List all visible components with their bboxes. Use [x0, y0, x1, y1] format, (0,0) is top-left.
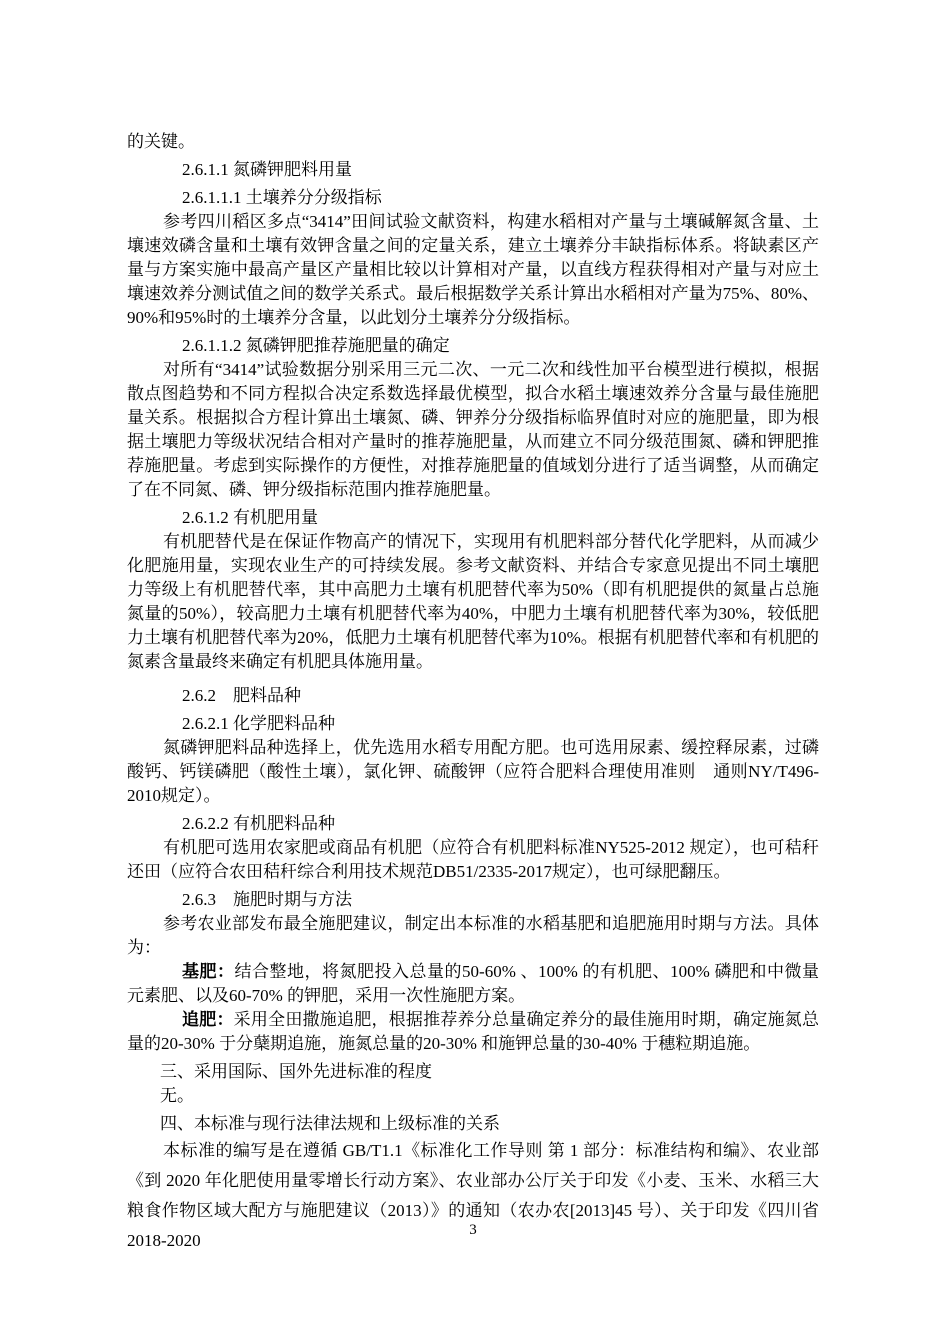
heading-2-6-2-1: 2.6.2.1 化学肥料品种	[127, 712, 819, 736]
heading-section-3-international-standards: 三、采用国际、国外先进标准的程度	[127, 1060, 819, 1084]
page-footer: 3	[127, 1218, 819, 1242]
topdressing-label: 追肥：	[182, 1010, 234, 1029]
para-timing-intro: 参考农业部发布最全施肥建议，制定出本标准的水稻基肥和追肥施用时期与方法。具体为：	[127, 912, 819, 960]
heading-2-6-1-1-2: 2.6.1.1.2 氮磷钾肥推荐施肥量的确定	[127, 334, 819, 358]
page-body: 的关键。 2.6.1.1 氮磷钾肥料用量 2.6.1.1.1 土壤养分分级指标 …	[127, 130, 819, 1256]
continuation-line: 的关键。	[127, 130, 819, 154]
para-chemical-fertilizer-types: 氮磷钾肥料品种选择上，优先选用水稻专用配方肥。也可选用尿素、缓控释尿素，过磷酸钙…	[127, 736, 819, 808]
para-base-fertilizer: 基肥：结合整地，将氮肥投入总量的50-60% 、100% 的有机肥、100% 磷…	[127, 960, 819, 1008]
heading-2-6-1-1: 2.6.1.1 氮磷钾肥料用量	[127, 158, 819, 182]
base-fertilizer-label: 基肥：	[182, 962, 235, 981]
para-soil-nutrient-grading: 参考四川稻区多点“3414”田间试验文献资料，构建水稻相对产量与土壤碱解氮含量、…	[127, 210, 819, 330]
heading-section-4-legal-relationship: 四、本标准与现行法律法规和上级标准的关系	[127, 1112, 819, 1136]
para-topdressing: 追肥：采用全田撒施追肥，根据推荐养分总量确定养分的最佳施用时期，确定施氮总量的2…	[127, 1008, 819, 1056]
para-none: 无。	[127, 1084, 819, 1108]
heading-2-6-2-2: 2.6.2.2 有机肥料品种	[127, 812, 819, 836]
para-organic-fertilizer-types: 有机肥可选用农家肥或商品有机肥（应符合有机肥料标准NY525-2012 规定），…	[127, 836, 819, 884]
heading-2-6-1-2: 2.6.1.2 有机肥用量	[127, 506, 819, 530]
heading-2-6-3: 2.6.3 施肥时期与方法	[127, 888, 819, 912]
para-npk-recommendation: 对所有“3414”试验数据分别采用三元二次、一元二次和线性加平台模型进行模拟，根…	[127, 358, 819, 502]
document-page: 的关键。 2.6.1.1 氮磷钾肥料用量 2.6.1.1.1 土壤养分分级指标 …	[0, 0, 950, 1344]
heading-2-6-1-1-1: 2.6.1.1.1 土壤养分分级指标	[127, 186, 819, 210]
para-organic-fertilizer-amount: 有机肥替代是在保证作物高产的情况下，实现用有机肥料部分替代化学肥料，从而减少化肥…	[127, 530, 819, 674]
heading-2-6-2: 2.6.2 肥料品种	[127, 684, 819, 708]
page-number: 3	[469, 1222, 477, 1238]
